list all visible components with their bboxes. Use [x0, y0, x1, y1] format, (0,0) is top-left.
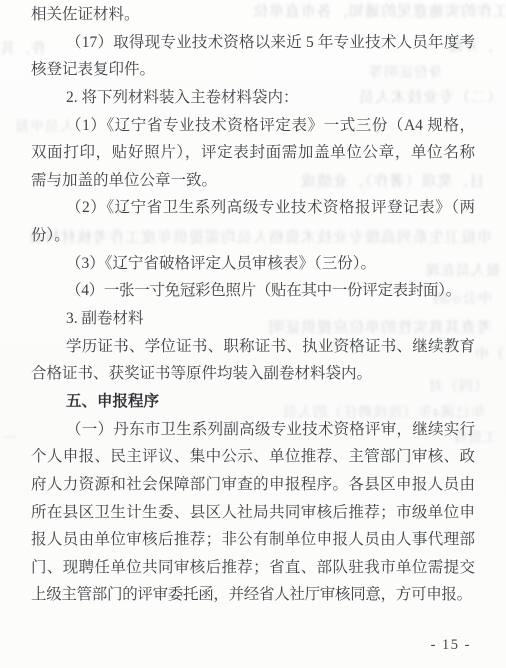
document-line: 需与加盖的单位公章一致。	[31, 167, 475, 195]
document-line: 学历证书、学位证书、职称证书、执业资格证书、继续教育	[31, 333, 475, 361]
bleed-through-text: ）中	[474, 344, 504, 364]
page-number: - 15 -	[431, 637, 471, 654]
document-line: （1）《辽宁省专业技术资格评定表》一式三份（A4 规格，	[31, 112, 475, 140]
document-line: （4）一张一寸免冠彩色照片（贴在其中一份评定表封面）。	[31, 277, 475, 305]
document-line: 报人员由单位审核后推荐；非公有制单位申报人员由人事代理部	[31, 526, 475, 554]
document-line: 合格证书、获奖证书等原件均装入副卷材料袋内。	[31, 360, 475, 388]
document-line: 份）。	[31, 222, 475, 250]
document-line: 核登记表复印件。	[31, 56, 475, 84]
document-line: 相关佐证材料。	[31, 1, 475, 29]
section-heading: 五、申报程序	[31, 388, 475, 416]
bleed-through-text: —	[2, 428, 16, 444]
document-line: （3）《辽宁省破格评定人员审核表》（三份）。	[31, 250, 475, 278]
document-line: 双面打印，贴好照片），评定表封面需加盖单位公章，单位名称	[31, 139, 475, 167]
document-line: 所在县区卫生计生委、县区人社局共同审核后推荐；市级单位申	[31, 499, 475, 527]
text-layer: 相关佐证材料。（17）取得现专业技术资格以来近 5 年专业技术人员年度考核登记表…	[31, 1, 475, 609]
document-line: （一）丹东市卫生系列副高级专业技术资格评审，继续实行	[31, 416, 475, 444]
document-line: 门、现聘任单位共同审核后推荐；省直、部队驻我市单位需提交	[31, 554, 475, 582]
document-line: 3. 副卷材料	[31, 305, 475, 333]
scanned-document-page: 报工作的实施意见的通知，各市直单位件，其，并报身份证明等（二）专业技术人员人员申…	[0, 0, 506, 668]
document-line: 上级主管部门的评审委托函，并经省人社厅审核同意，方可申报。	[31, 581, 475, 609]
document-line: （2）《辽宁省卫生系列高级专业技术资格报评登记表》（两	[31, 194, 475, 222]
document-line: 个人申报、民主评议、集中公示、单位推荐、主管部门审核、政	[31, 443, 475, 471]
document-line: 府人力资源和社会保障部门审查的申报程序。各县区申报人员由	[31, 471, 475, 499]
document-line: 2. 将下列材料装入主卷材料袋内：	[31, 84, 475, 112]
document-line: （17）取得现专业技术资格以来近 5 年专业技术人员年度考	[31, 29, 475, 57]
